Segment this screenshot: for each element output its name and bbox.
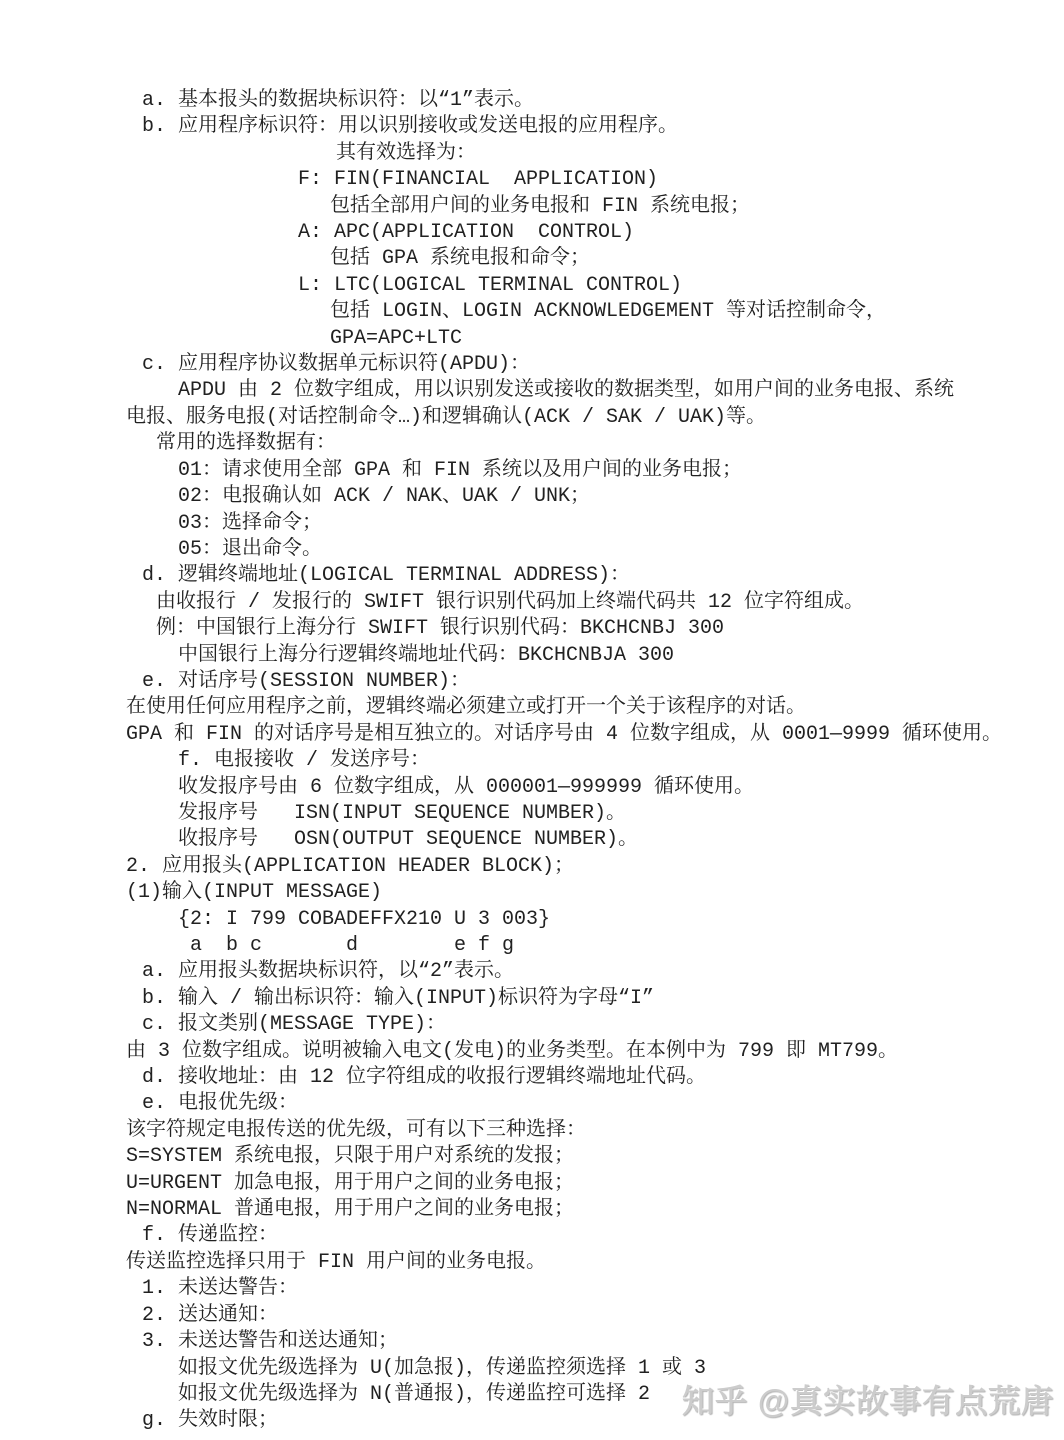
text-line: 02：电报确认如 ACK / NAK、UAK / UNK； — [126, 484, 1038, 510]
text-line: U=URGENT 加急电报，用于用户之间的业务电报； — [126, 1171, 1038, 1197]
text-line: 由收报行 / 发报行的 SWIFT 银行识别代码加上终端代码共 12 位字符组成… — [126, 590, 1038, 616]
text-line: 1. 未送达警告： — [126, 1276, 1038, 1302]
text-line: 发报序号 ISN(INPUT SEQUENCE NUMBER)。 — [126, 801, 1038, 827]
text-line: a. 基本报头的数据块标识符：以“1”表示。 — [126, 88, 1038, 114]
text-line: 常用的选择数据有： — [126, 431, 1038, 457]
text-line: N=NORMAL 普通电报，用于用户之间的业务电报； — [126, 1197, 1038, 1223]
text-line: e. 电报优先级： — [126, 1091, 1038, 1117]
document-text: a. 基本报头的数据块标识符：以“1”表示。b. 应用程序标识符：用以识别接收或… — [126, 88, 1038, 1435]
text-line: c. 报文类别(MESSAGE TYPE)： — [126, 1012, 1038, 1038]
text-line: A: APC(APPLICATION CONTROL) — [126, 220, 1038, 246]
document-page: a. 基本报头的数据块标识符：以“1”表示。b. 应用程序标识符：用以识别接收或… — [126, 88, 1038, 1435]
text-line: 其有效选择为： — [126, 141, 1038, 167]
text-line: b. 应用程序标识符：用以识别接收或发送电报的应用程序。 — [126, 114, 1038, 140]
text-line: a. 应用报头数据块标识符，以“2”表示。 — [126, 959, 1038, 985]
text-line: e. 对话序号(SESSION NUMBER)： — [126, 669, 1038, 695]
text-line: F: FIN(FINANCIAL APPLICATION) — [126, 167, 1038, 193]
text-line: 包括 GPA 系统电报和命令； — [126, 246, 1038, 272]
text-line: 2. 送达通知： — [126, 1303, 1038, 1329]
text-line: APDU 由 2 位数字组成，用以识别发送或接收的数据类型，如用户间的业务电报、… — [126, 378, 1038, 404]
text-line: 收报序号 OSN(OUTPUT SEQUENCE NUMBER)。 — [126, 827, 1038, 853]
text-line: 包括 LOGIN、LOGIN ACKNOWLEDGEMENT 等对话控制命令， — [126, 299, 1038, 325]
text-line: d. 逻辑终端地址(LOGICAL TERMINAL ADDRESS)： — [126, 563, 1038, 589]
text-line: GPA=APC+LTC — [126, 326, 1038, 352]
text-line: S=SYSTEM 系统电报，只限于用户对系统的发报； — [126, 1144, 1038, 1170]
text-line: 03：选择命令； — [126, 511, 1038, 537]
text-line: 由 3 位数字组成。说明被输入电文(发电)的业务类型。在本例中为 799 即 M… — [126, 1039, 1038, 1065]
text-line: 05：退出命令。 — [126, 537, 1038, 563]
text-line: 收发报序号由 6 位数字组成，从 000001—999999 循环使用。 — [126, 775, 1038, 801]
text-line: 包括全部用户间的业务电报和 FIN 系统电报； — [126, 194, 1038, 220]
text-line: f. 电报接收 / 发送序号： — [126, 748, 1038, 774]
text-line: 传送监控选择只用于 FIN 用户间的业务电报。 — [126, 1250, 1038, 1276]
text-line: GPA 和 FIN 的对话序号是相互独立的。对话序号由 4 位数字组成，从 00… — [126, 722, 1038, 748]
watermark-zhihu: 知乎 @真实故事有点荒唐 — [682, 1376, 1054, 1422]
text-line: 在使用任何应用程序之前，逻辑终端必须建立或打开一个关于该程序的对话。 — [126, 695, 1038, 721]
text-line: 中国银行上海分行逻辑终端地址代码：BKCHCNBJA 300 — [126, 643, 1038, 669]
text-line: 例：中国银行上海分行 SWIFT 银行识别代码：BKCHCNBJ 300 — [126, 616, 1038, 642]
text-line: 3. 未送达警告和送达通知； — [126, 1329, 1038, 1355]
text-line: 电报、服务电报(对话控制命令…)和逻辑确认(ACK / SAK / UAK)等。 — [126, 405, 1038, 431]
text-line: (1)输入(INPUT MESSAGE) — [126, 880, 1038, 906]
text-line: c. 应用程序协议数据单元标识符(APDU)： — [126, 352, 1038, 378]
text-line: 该字符规定电报传送的优先级，可有以下三种选择： — [126, 1118, 1038, 1144]
text-line: L: LTC(LOGICAL TERMINAL CONTROL) — [126, 273, 1038, 299]
text-line: d. 接收地址：由 12 位字符组成的收报行逻辑终端地址代码。 — [126, 1065, 1038, 1091]
text-line: f. 传递监控： — [126, 1223, 1038, 1249]
text-line: b. 输入 / 输出标识符：输入(INPUT)标识符为字母“I” — [126, 986, 1038, 1012]
text-line: a b c d e f g — [126, 933, 1038, 959]
text-line: 2. 应用报头(APPLICATION HEADER BLOCK)； — [126, 854, 1038, 880]
text-line: 01：请求使用全部 GPA 和 FIN 系统以及用户间的业务电报； — [126, 458, 1038, 484]
text-line: {2: I 799 COBADEFFX210 U 3 003} — [126, 907, 1038, 933]
